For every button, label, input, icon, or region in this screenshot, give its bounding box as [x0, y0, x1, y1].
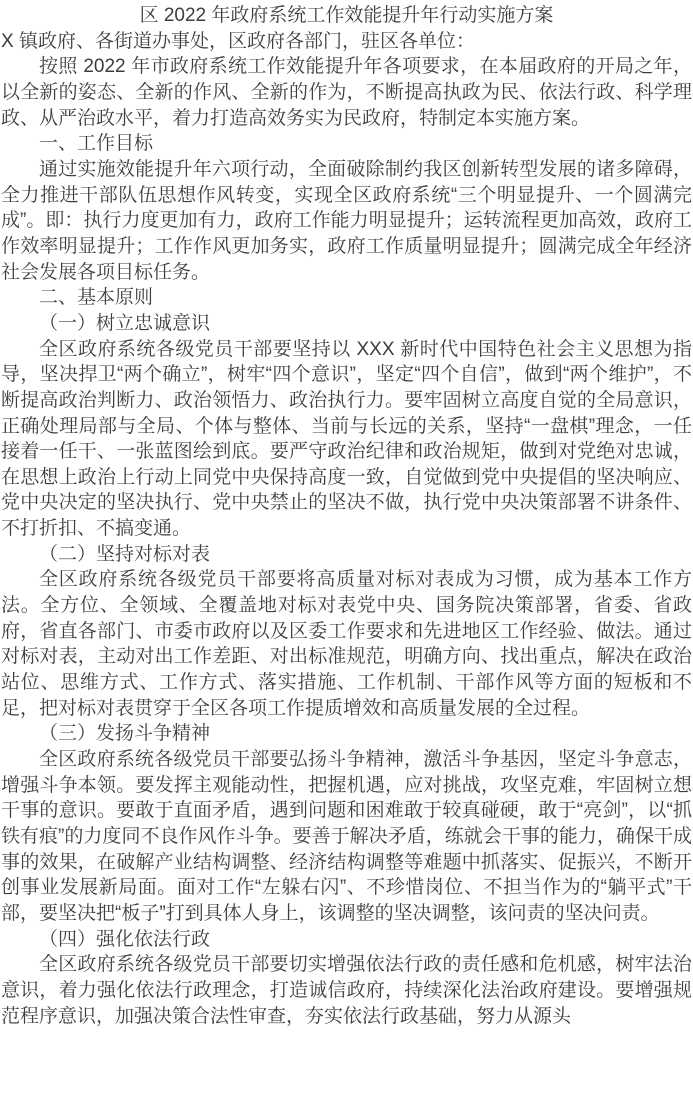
- salutation: X 镇政府、各街道办事处，区政府各部门，驻区各单位：: [1, 29, 692, 55]
- subsection1-heading: （一）树立忠诚意识: [1, 311, 692, 337]
- document-title: 区 2022 年政府系统工作效能提升年行动实施方案: [1, 3, 692, 29]
- subsection4-heading: （四）强化依法行政: [1, 927, 692, 953]
- subsection2-paragraph: 全区政府系统各级党员干部要将高质量对标对表成为习惯，成为基本工作方法。全方位、全…: [1, 567, 692, 721]
- section2-heading: 二、基本原则: [1, 285, 692, 311]
- subsection1-paragraph: 全区政府系统各级党员干部要坚持以 XXX 新时代中国特色社会主义思想为指导，坚决…: [1, 337, 692, 542]
- subsection3-heading: （三）发扬斗争精神: [1, 721, 692, 747]
- subsection3-paragraph: 全区政府系统各级党员干部要弘扬斗争精神，激活斗争基因，坚定斗争意志，增强斗争本领…: [1, 747, 692, 927]
- section1-paragraph: 通过实施效能提升年六项行动，全面破除制约我区创新转型发展的诸多障碍，全力推进干部…: [1, 157, 692, 285]
- document-page: 区 2022 年政府系统工作效能提升年行动实施方案 X 镇政府、各街道办事处，区…: [0, 0, 693, 1097]
- subsection4-paragraph: 全区政府系统各级党员干部要切实增强依法行政的责任感和危机感，树牢法治意识，着力强…: [1, 952, 692, 1029]
- section1-heading: 一、工作目标: [1, 131, 692, 157]
- subsection2-heading: （二）坚持对标对表: [1, 542, 692, 568]
- intro-paragraph: 按照 2022 年市政府系统工作效能提升年各项要求，在本届政府的开局之年，以全新…: [1, 54, 692, 131]
